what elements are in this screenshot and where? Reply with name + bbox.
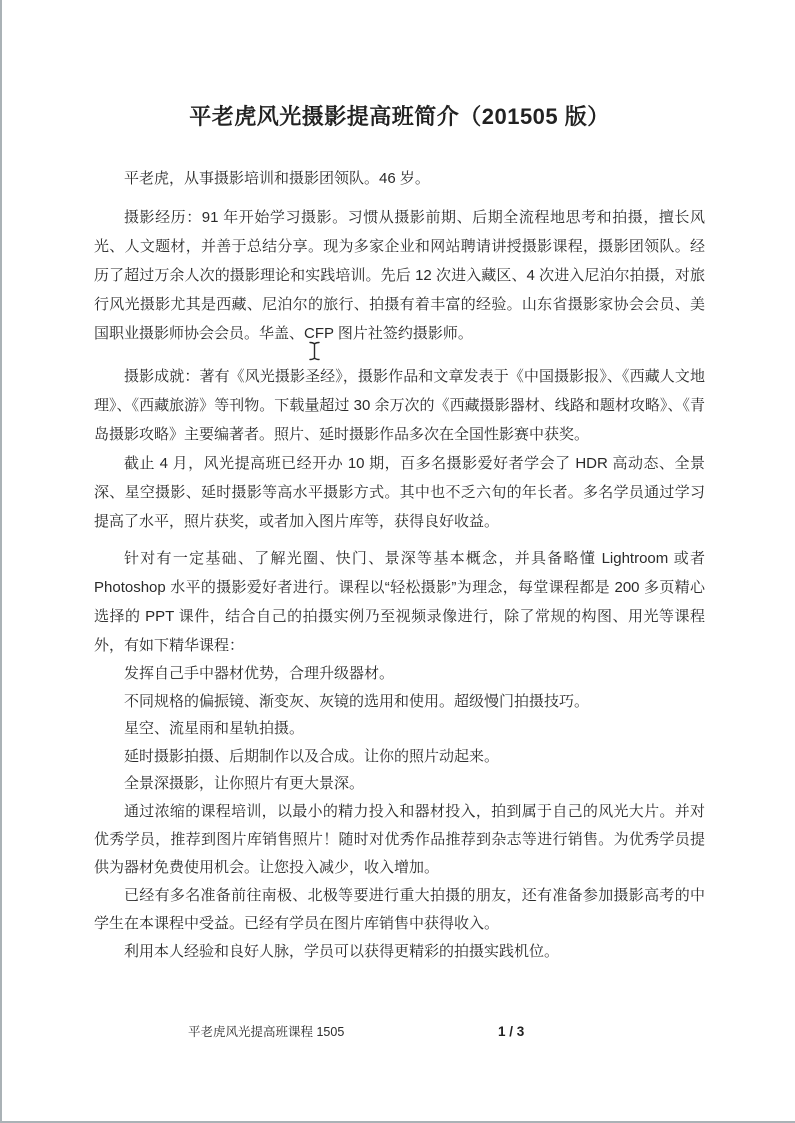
paragraph-class-statistics: 截止 4 月，风光提高班已经开办 10 期，百多名摄影爱好者学会了 HDR 高动… <box>94 449 705 536</box>
text-ibeam-cursor-icon <box>308 341 321 361</box>
course-highlight-item: 全景深摄影，让你照片有更大景深。 <box>94 770 705 798</box>
document-body: 平老虎风光摄影提高班简介（201505 版） 平老虎，从事摄影培训和摄影团领队。… <box>0 0 795 966</box>
paragraph-photography-experience: 摄影经历：91 年开始学习摄影。习惯从摄影前期、后期全流程地思考和拍摄，擅长风光… <box>94 203 705 348</box>
paragraph-network-benefits: 利用本人经验和良好人脉，学员可以获得更精彩的拍摄实践机位。 <box>94 938 705 966</box>
paragraph-photography-achievements: 摄影成就：著有《风光摄影圣经》，摄影作品和文章发表于《中国摄影报》、《西藏人文地… <box>94 362 705 449</box>
footer-page-indicator: 1 / 3 <box>498 1023 524 1040</box>
footer-document-label: 平老虎风光提高班课程 1505 <box>188 1024 344 1040</box>
paragraph-student-success: 已经有多名准备前往南极、北极等要进行重大拍摄的朋友，还有准备参加摄影高考的中学生… <box>94 882 705 938</box>
course-highlight-item: 星空、流星雨和星轨拍摄。 <box>94 715 705 743</box>
course-highlight-item: 延时摄影拍摄、后期制作以及合成。让你的照片动起来。 <box>94 743 705 771</box>
paragraph-target-audience: 针对有一定基础、了解光圈、快门、景深等基本概念，并具备略懂 Lightroom … <box>94 544 705 660</box>
course-highlight-item: 不同规格的偏振镜、渐变灰、灰镜的选用和使用。超级慢门拍摄技巧。 <box>94 688 705 716</box>
document-page: 平老虎风光摄影提高班简介（201505 版） 平老虎，从事摄影培训和摄影团领队。… <box>0 0 795 1123</box>
paragraph-training-benefits: 通过浓缩的课程培训，以最小的精力投入和器材投入，拍到属于自己的风光大片。并对优秀… <box>94 798 705 882</box>
paragraph-intro: 平老虎，从事摄影培训和摄影团领队。46 岁。 <box>94 164 705 193</box>
document-title: 平老虎风光摄影提高班简介（201505 版） <box>94 100 705 133</box>
course-highlight-item: 发挥自己手中器材优势，合理升级器材。 <box>94 660 705 688</box>
